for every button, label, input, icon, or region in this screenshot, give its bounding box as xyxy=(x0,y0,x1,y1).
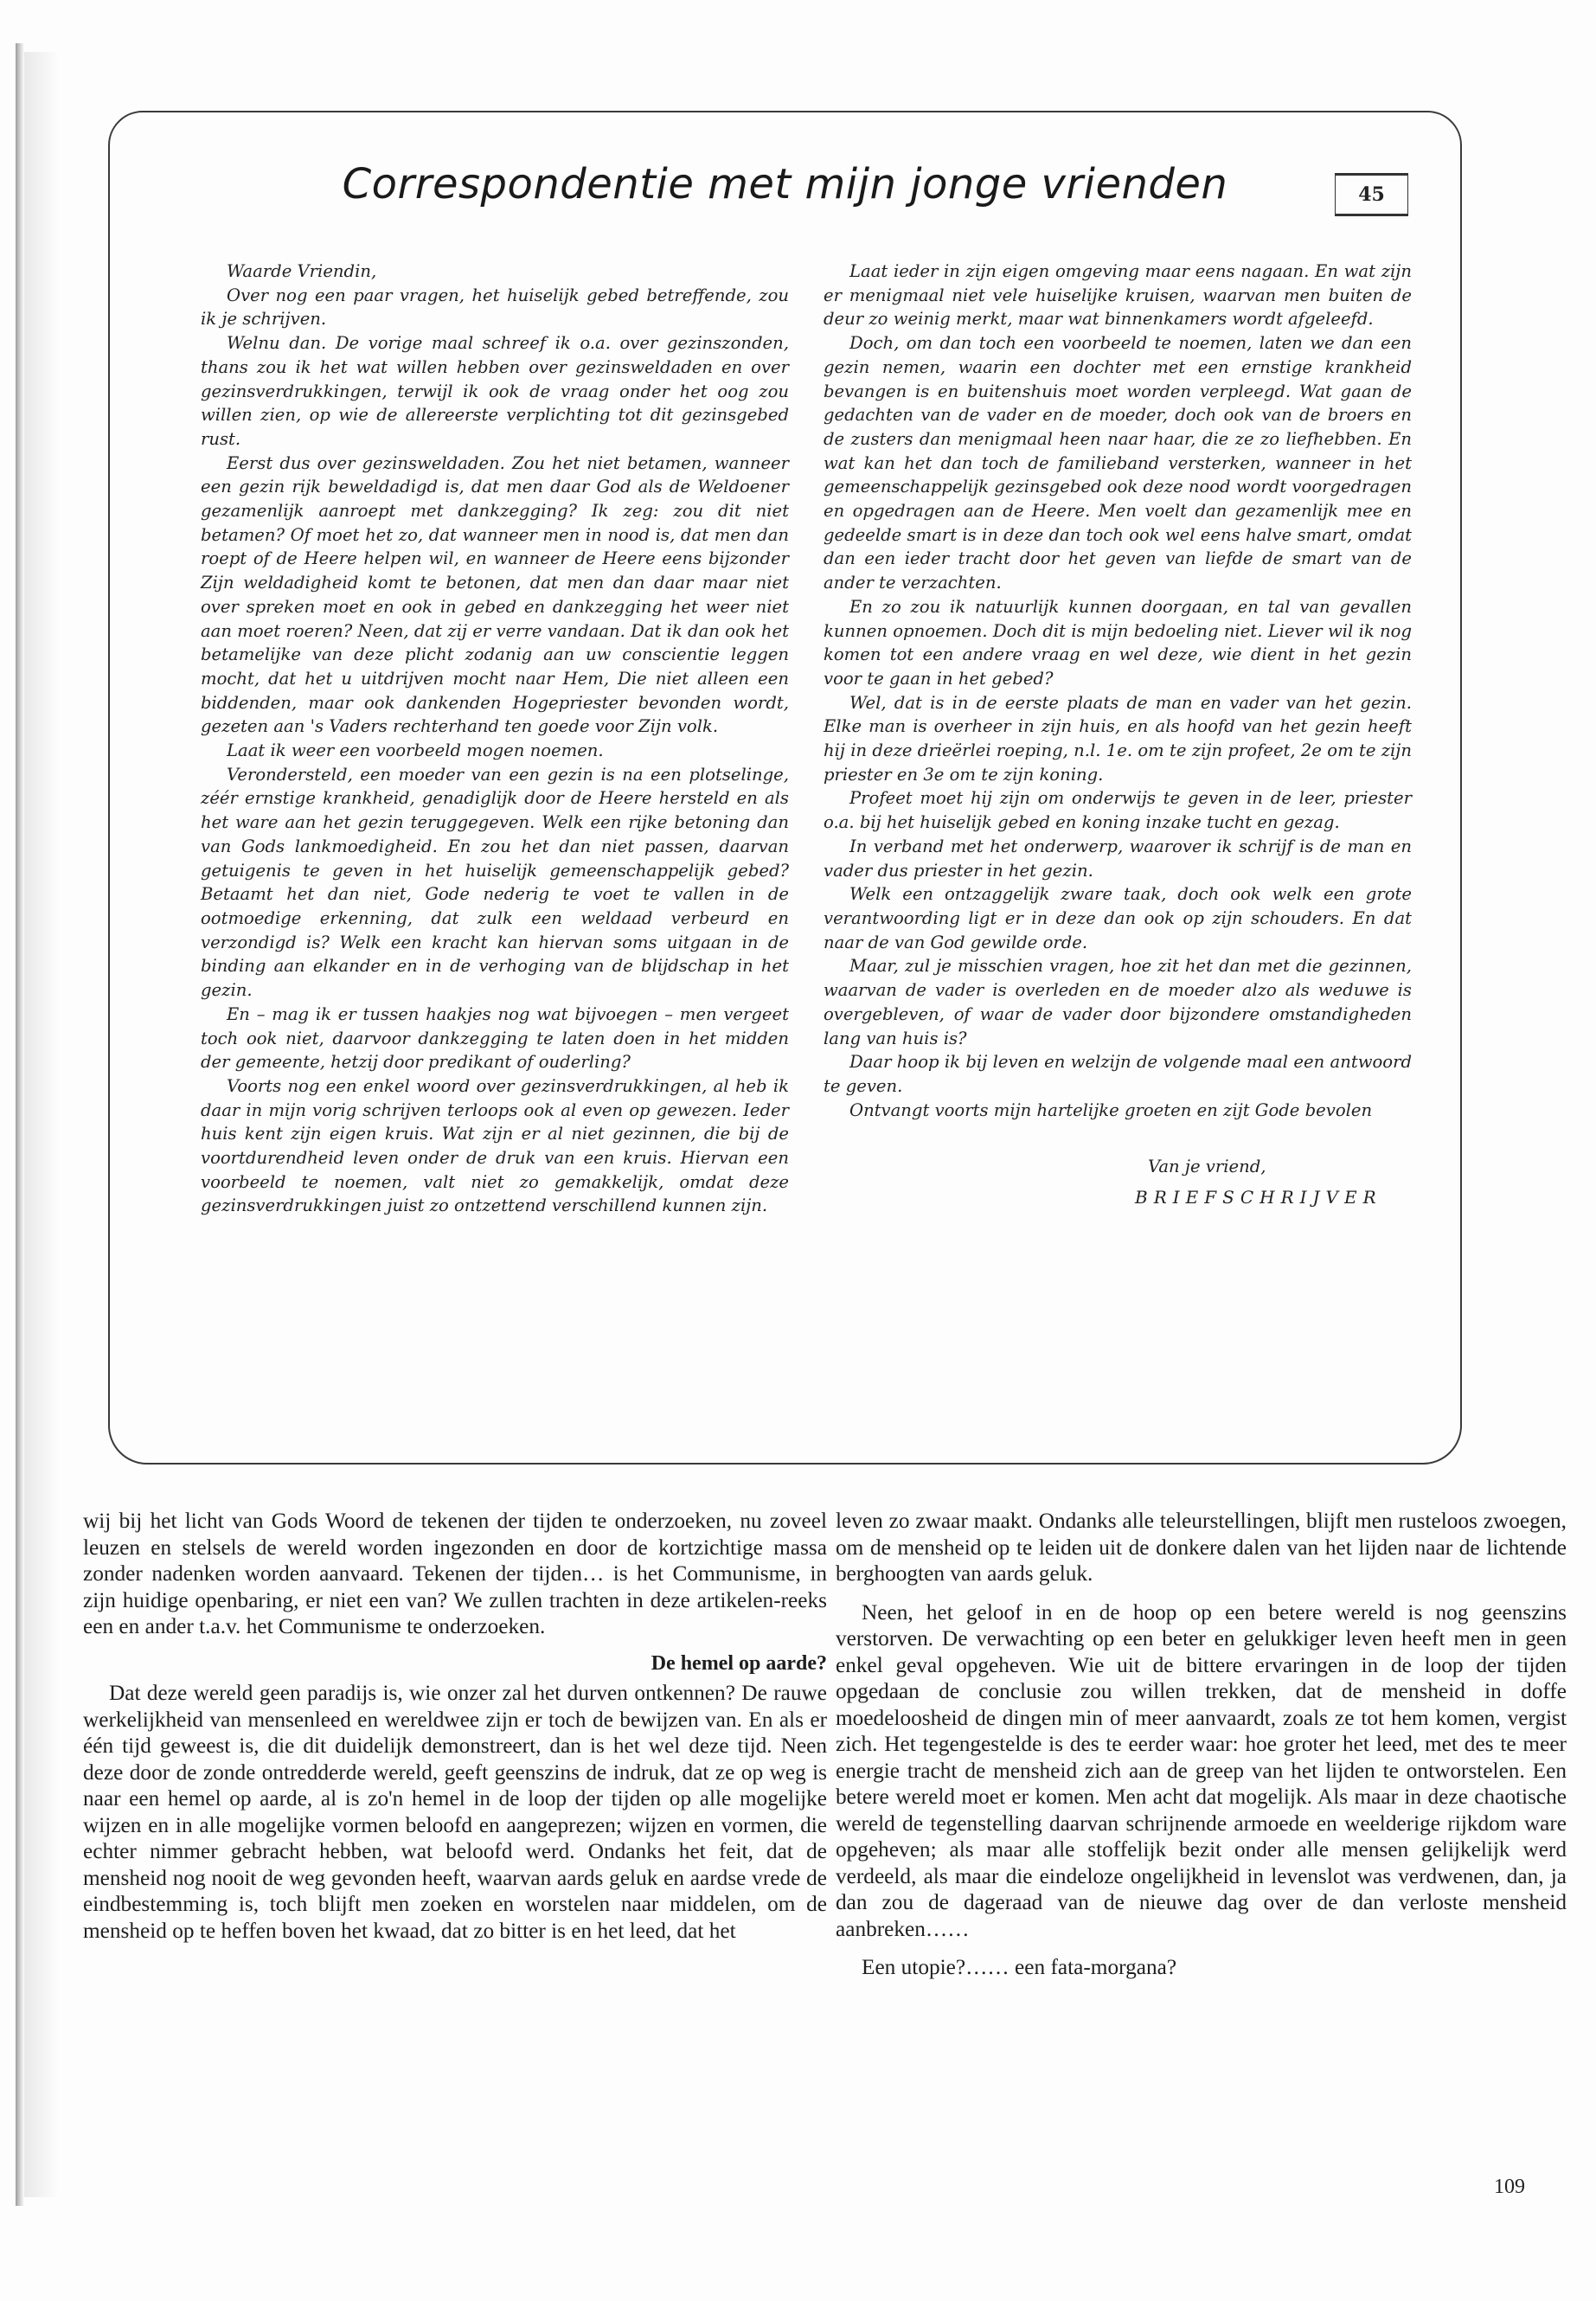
letter-paragraph: Daar hoop ik bij leven en welzijn de vol… xyxy=(824,1050,1412,1098)
letter-paragraph: Welk een ontzaggelijk zware taak, doch o… xyxy=(824,882,1412,954)
letter-column-right: Laat ieder in zijn eigen omgeving maar e… xyxy=(824,260,1412,1210)
letter-paragraph: Laat ieder in zijn eigen omgeving maar e… xyxy=(824,260,1412,331)
magazine-page: Correspondentie met mijn jonge vrienden … xyxy=(0,0,1596,2301)
letter-paragraph: Laat ik weer een voorbeeld mogen noemen. xyxy=(201,739,789,763)
letter-paragraph: En zo zou ik natuurlijk kunnen doorgaan,… xyxy=(824,595,1412,691)
letter-column-left: Waarde Vriendin, Over nog een paar vrage… xyxy=(201,260,789,1218)
article-paragraph: wij bij het licht van Gods Woord de teke… xyxy=(83,1508,827,1640)
letter-closing: Van je vriend, xyxy=(824,1155,1412,1179)
article-closing-line: Een utopie?…… een fata-morgana? xyxy=(836,1954,1567,1981)
article-column-left: wij bij het licht van Gods Woord de teke… xyxy=(83,1508,827,1944)
article-paragraph: leven zo zwaar maakt. Ondanks alle teleu… xyxy=(836,1508,1567,1587)
letter-paragraph: Eerst dus over gezinsweldaden. Zou het n… xyxy=(201,452,789,739)
article-paragraph: Neen, het geloof in en de hoop op een be… xyxy=(836,1599,1567,1943)
letter-paragraph: Voorts nog een enkel woord over gezinsve… xyxy=(201,1074,789,1218)
issue-number-badge: 45 xyxy=(1335,173,1408,216)
article-paragraph: Dat deze wereld geen paradijs is, wie on… xyxy=(83,1680,827,1944)
letter-paragraph: Over nog een paar vragen, het huiselijk … xyxy=(201,284,789,331)
letter-paragraph: En – mag ik er tussen haakjes nog wat bi… xyxy=(201,1003,789,1074)
page-number: 109 xyxy=(1494,2176,1525,2199)
letter-paragraph: Profeet moet hij zijn om onderwijs te ge… xyxy=(824,786,1412,834)
letter-paragraph: Verondersteld, een moeder van een gezin … xyxy=(201,763,789,1003)
article-column-right: leven zo zwaar maakt. Ondanks alle teleu… xyxy=(836,1508,1567,1981)
letter-paragraph: Maar, zul je misschien vragen, hoe zit h… xyxy=(824,954,1412,1050)
column-title: Correspondentie met mijn jonge vrienden xyxy=(110,160,1460,208)
letter-paragraph: Wel, dat is in de eerste plaats de man e… xyxy=(824,691,1412,787)
letter-paragraph: Ontvangt voorts mijn hartelijke groeten … xyxy=(824,1099,1412,1123)
letter-salutation: Waarde Vriendin, xyxy=(201,260,789,284)
letter-paragraph: Welnu dan. De vorige maal schreef ik o.a… xyxy=(201,331,789,452)
page-binding-shadow xyxy=(24,52,59,2197)
letter-paragraph: In verband met het onderwerp, waarover i… xyxy=(824,835,1412,882)
page-binding-edge xyxy=(16,43,24,2206)
article-subheading: De hemel op aarde? xyxy=(83,1650,827,1677)
correspondence-box: Correspondentie met mijn jonge vrienden … xyxy=(108,111,1462,1465)
letter-paragraph: Doch, om dan toch een voorbeeld te noeme… xyxy=(824,331,1412,595)
letter-signature: BRIEFSCHRIJVER xyxy=(824,1186,1412,1210)
